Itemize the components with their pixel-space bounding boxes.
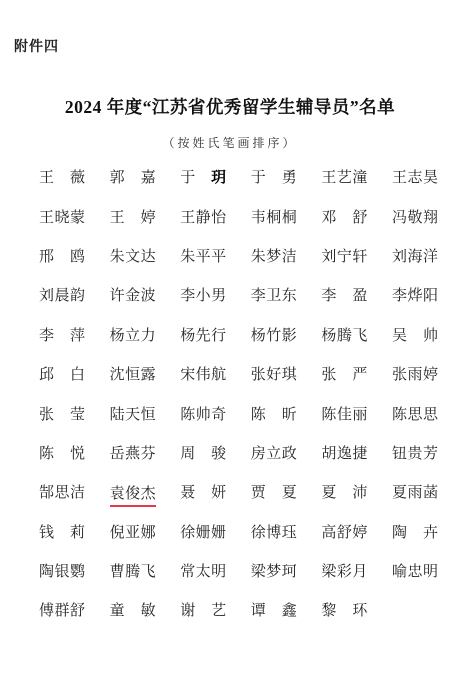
name: 杨立力 xyxy=(110,329,156,344)
name: 朱文达 xyxy=(110,250,156,265)
name: 杨先行 xyxy=(180,329,226,344)
name: 李盈 xyxy=(321,289,367,304)
name: 杨腾飞 xyxy=(321,329,367,344)
name: 张严 xyxy=(321,368,367,383)
name-row: 邱白沈恒露宋伟航张好琪张严张雨婷 xyxy=(39,356,438,395)
name: 陈佳丽 xyxy=(321,408,367,423)
name: 曹腾飞 xyxy=(110,565,156,580)
name: 李烨阳 xyxy=(392,289,438,304)
name: 朱平平 xyxy=(180,250,226,265)
name-row: 王晓蒙王婷王静怡韦桐桐邓舒冯敬翔 xyxy=(39,198,438,237)
name: 李萍 xyxy=(39,329,85,344)
name: 邓舒 xyxy=(321,211,367,226)
name: 陈悦 xyxy=(39,447,85,462)
name: 郜思洁 xyxy=(39,486,85,501)
name: 李小男 xyxy=(180,289,226,304)
name: 童敏 xyxy=(110,604,156,619)
name: 高舒婷 xyxy=(321,526,367,541)
name: 刘晨韵 xyxy=(39,289,85,304)
name: 倪亚娜 xyxy=(110,526,156,541)
name: 梁彩月 xyxy=(321,565,367,580)
name: 陈昕 xyxy=(251,408,297,423)
name: 王静怡 xyxy=(180,211,226,226)
name: 岳燕芬 xyxy=(110,447,156,462)
name: 贾夏 xyxy=(251,486,297,501)
name: 邱白 xyxy=(39,368,85,383)
name: 陶卉 xyxy=(392,526,438,541)
name: 于玥 xyxy=(180,171,226,186)
name: 韦桐桐 xyxy=(251,211,297,226)
name: 王艺潼 xyxy=(321,171,367,186)
name: 陈思思 xyxy=(392,408,438,423)
sort-order-note: （按姓氏笔画排序） xyxy=(0,134,460,151)
name-row: 郜思洁袁俊杰聂妍贾夏夏沛夏雨菡 xyxy=(39,474,438,513)
name: 聂妍 xyxy=(180,486,226,501)
name: 朱梦洁 xyxy=(251,250,297,265)
name: 夏雨菡 xyxy=(392,486,438,501)
name: 许金波 xyxy=(110,289,156,304)
name: 王婷 xyxy=(110,211,156,226)
name: 陆天恒 xyxy=(110,408,156,423)
name-row: 刘晨韵许金波李小男李卫东李盈李烨阳 xyxy=(39,277,438,316)
name: 陶银鹦 xyxy=(39,565,85,580)
name: 钱莉 xyxy=(39,526,85,541)
name: 胡逸捷 xyxy=(321,447,367,462)
name: 冯敬翔 xyxy=(392,211,438,226)
document-page: 附件四 2024 年度“江苏省优秀留学生辅导员”名单 （按姓氏笔画排序） 王薇郭… xyxy=(0,0,460,673)
name: 徐博珏 xyxy=(251,526,297,541)
name: 沈恒露 xyxy=(110,368,156,383)
name: 周骏 xyxy=(180,447,226,462)
name: 李卫东 xyxy=(251,289,297,304)
name: 郭嘉 xyxy=(110,171,156,186)
name: 王晓蒙 xyxy=(39,211,85,226)
name-row: 邢鸥朱文达朱平平朱梦洁刘宁轩刘海洋 xyxy=(39,238,438,277)
name: 常太明 xyxy=(180,565,226,580)
name: 王薇 xyxy=(39,171,85,186)
name: 宋伟航 xyxy=(180,368,226,383)
name: 房立政 xyxy=(251,447,297,462)
name: 钮贵芳 xyxy=(392,447,438,462)
name-row: 张莹陆天恒陈帅奇陈昕陈佳丽陈思思 xyxy=(39,395,438,434)
name: 张好琪 xyxy=(251,368,297,383)
name-row: 钱莉倪亚娜徐姗姗徐博珏高舒婷陶卉 xyxy=(39,514,438,553)
name: 徐姗姗 xyxy=(180,526,226,541)
name: 夏沛 xyxy=(321,486,367,501)
name: 袁俊杰 xyxy=(110,487,156,507)
attachment-label: 附件四 xyxy=(14,36,59,56)
name: 喻忠明 xyxy=(392,565,438,580)
name-row: 陶银鹦曹腾飞常太明梁梦珂梁彩月喻忠明 xyxy=(39,553,438,592)
name-row: 陈悦岳燕芬周骏房立政胡逸捷钮贵芳 xyxy=(39,435,438,474)
name: 陈帅奇 xyxy=(180,408,226,423)
name: 刘宁轩 xyxy=(321,250,367,265)
name: 于勇 xyxy=(251,171,297,186)
name-row: 王薇郭嘉于玥于勇王艺潼王志昊 xyxy=(39,159,438,198)
name-row: 傅群舒童敏谢艺谭鑫黎环 xyxy=(39,592,438,631)
name: 刘海洋 xyxy=(392,250,438,265)
name-row: 李萍杨立力杨先行杨竹影杨腾飞吴帅 xyxy=(39,317,438,356)
name: 王志昊 xyxy=(392,171,438,186)
name: 杨竹影 xyxy=(251,329,297,344)
name: 吴帅 xyxy=(392,329,438,344)
name-grid: 王薇郭嘉于玥于勇王艺潼王志昊王晓蒙王婷王静怡韦桐桐邓舒冯敬翔邢鸥朱文达朱平平朱梦… xyxy=(0,159,460,632)
name: 张莹 xyxy=(39,408,85,423)
page-title: 2024 年度“江苏省优秀留学生辅导员”名单 xyxy=(0,94,460,119)
name: 张雨婷 xyxy=(392,368,438,383)
name: 黎环 xyxy=(321,604,367,619)
name: 傅群舒 xyxy=(39,604,85,619)
name: 谭鑫 xyxy=(251,604,297,619)
name: 梁梦珂 xyxy=(251,565,297,580)
name: 邢鸥 xyxy=(39,250,85,265)
name: 谢艺 xyxy=(180,604,226,619)
